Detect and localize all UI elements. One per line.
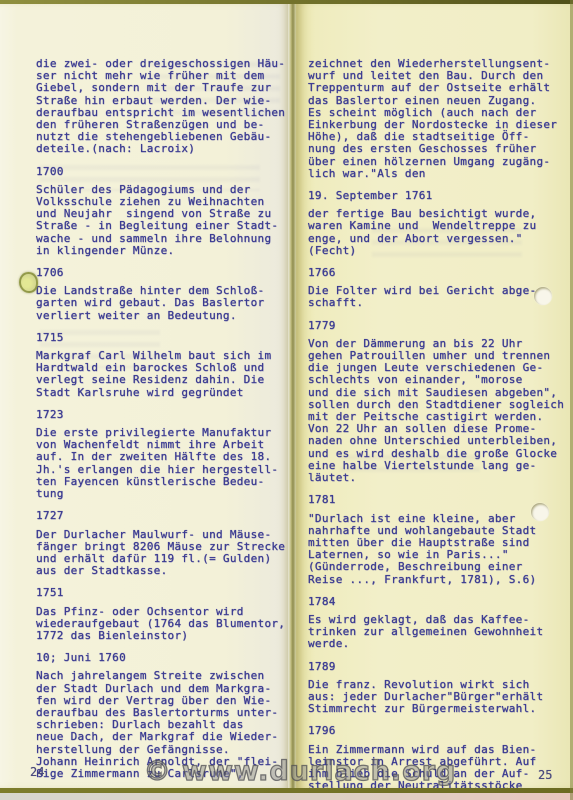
scan-edge-top <box>0 0 573 4</box>
chronicle-entry: zeichnet den Wiederherstellungsent- wurf… <box>308 58 566 180</box>
entry-body: zeichnet den Wiederherstellungsent- wurf… <box>308 58 566 180</box>
chronicle-entry: 1727 Der Durlacher Maulwurf- und Mäuse- … <box>36 510 294 577</box>
entry-year: 1727 <box>36 510 294 522</box>
page-number-right: 25 <box>538 768 552 782</box>
ink-showthrough <box>40 330 160 368</box>
entry-body: Die Landstraße hinter dem Schloß- garten… <box>36 285 294 322</box>
page-right-entries: zeichnet den Wiederherstellungsent- wurf… <box>308 58 566 792</box>
scan-background-strip <box>0 793 573 800</box>
scanned-book-spread: die zwei- oder dreigeschossigen Häu- ser… <box>0 0 573 800</box>
punch-hole <box>534 287 552 305</box>
entry-year: 10; Juni 1760 <box>36 652 294 664</box>
entry-year: 19. September 1761 <box>308 190 566 202</box>
chronicle-entry: 1706 Die Landstraße hinter dem Schloß- g… <box>36 267 294 322</box>
ink-showthrough <box>150 62 280 122</box>
watermark: © www.durlach.org <box>144 756 457 787</box>
chronicle-entry: 1789 Die franz. Revolution wirkt sich au… <box>308 661 566 716</box>
punch-hole <box>531 503 549 521</box>
ink-showthrough <box>340 455 480 479</box>
chronicle-entry: 1723 Die erste privilegierte Manufaktur … <box>36 409 294 500</box>
entry-year: 1781 <box>308 494 566 506</box>
margin-ink-stamp <box>19 272 38 293</box>
entry-year: 1751 <box>36 587 294 599</box>
entry-year: 1796 <box>308 725 566 737</box>
entry-body: Die Folter wird bei Gericht abge- schaff… <box>308 285 566 309</box>
ink-showthrough <box>372 228 522 264</box>
entry-year: 1784 <box>308 596 566 608</box>
entry-body: Schüler des Pädagogiums und der Volkssch… <box>36 184 294 257</box>
entry-body: Es wird geklagt, daß das Kaffee- trinken… <box>308 614 566 651</box>
entry-body: Der Durlacher Maulwurf- und Mäuse- fänge… <box>36 529 294 578</box>
entry-year: 1779 <box>308 320 566 332</box>
chronicle-entry: 1751 Das Pfinz- oder Ochsentor wird wied… <box>36 587 294 642</box>
chronicle-entry: 1781 "Durlach ist eine kleine, aber nahr… <box>308 494 566 585</box>
ink-showthrough <box>40 165 260 191</box>
entry-year: 1706 <box>36 267 294 279</box>
page-fold-seam <box>288 4 297 788</box>
entry-year: 1766 <box>308 267 566 279</box>
chronicle-entry: 1766 Die Folter wird bei Gericht abge- s… <box>308 267 566 310</box>
page-number-left: 24 <box>30 765 44 779</box>
entry-body: Die franz. Revolution wirkt sich aus: je… <box>308 679 566 716</box>
entry-body: Das Pfinz- oder Ochsentor wird wiederauf… <box>36 606 294 643</box>
entry-body: "Durlach ist eine kleine, aber nahrhafte… <box>308 513 566 586</box>
entry-year: 1789 <box>308 661 566 673</box>
entry-body: Die erste privilegierte Manufaktur von W… <box>36 427 294 500</box>
page-right: zeichnet den Wiederherstellungsent- wurf… <box>296 4 573 788</box>
chronicle-entry: 1784 Es wird geklagt, daß das Kaffee- tr… <box>308 596 566 651</box>
entry-year: 1723 <box>36 409 294 421</box>
